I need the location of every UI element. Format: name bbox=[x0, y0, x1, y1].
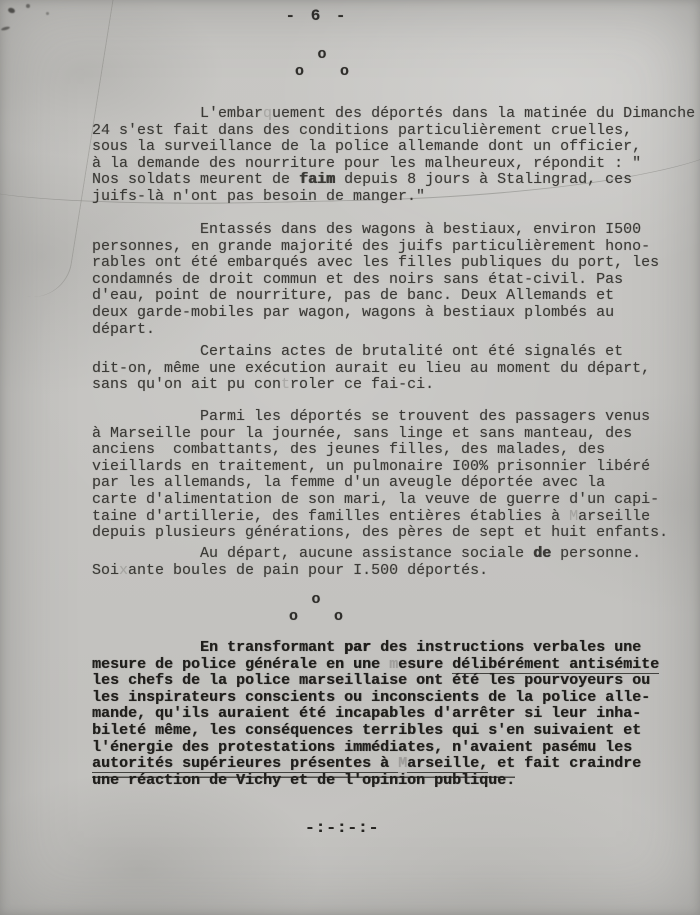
text-segment: dit-on, même une exécution aurait eu lie… bbox=[92, 360, 650, 377]
text-segment: taine d'artillerie, des familles entière… bbox=[92, 508, 569, 525]
text-segment: autorités supérieures présentes à bbox=[92, 755, 398, 773]
paragraph: Entassés dans des wagons à bestiaux, env… bbox=[92, 222, 688, 338]
text-line: carte d'alimentation de son mari, la veu… bbox=[92, 492, 688, 509]
text-segment: juifs-là n'ont pas besoin de manger." bbox=[92, 188, 425, 205]
scanned-document-page: - 6 - o o o L'embarquement des déportés … bbox=[0, 0, 700, 915]
text-segment: Entassés dans des wagons à bestiaux, env… bbox=[92, 221, 641, 238]
text-segment: faim bbox=[299, 171, 335, 188]
text-segment: arseille bbox=[578, 508, 650, 525]
text-segment: les inspirateurs conscients ou inconscie… bbox=[92, 689, 650, 706]
text-segment: m bbox=[389, 656, 398, 673]
text-segment: bileté même, les conséquences terribles … bbox=[92, 722, 641, 739]
text-line: En transformant par des instructions ver… bbox=[92, 640, 688, 657]
text-segment: à Marseille pour la journée, sans linge … bbox=[92, 425, 632, 442]
text-segment: depuis plusieurs générations, des pères … bbox=[92, 524, 668, 541]
text-line: l'énergie des protestations immédiates, … bbox=[92, 740, 688, 757]
text-segment: 24 s'est fait dans des conditions partic… bbox=[92, 122, 632, 139]
text-segment: Certains actes de brutalité ont été sign… bbox=[92, 343, 623, 360]
text-segment: L'embar bbox=[92, 105, 263, 122]
text-segment: esure bbox=[398, 656, 452, 673]
text-line: Au départ, aucune assistance sociale de … bbox=[92, 546, 688, 563]
text-segment: départ. bbox=[92, 321, 155, 338]
text-segment: de bbox=[533, 545, 551, 562]
text-line: sans qu'on ait pu controler ce fai-ci. bbox=[92, 377, 688, 394]
paragraph: L'embarquement des déportés dans la mati… bbox=[92, 106, 688, 206]
text-segment: rables ont été embarqués avec les filles… bbox=[92, 254, 659, 271]
separator-dot-row: o bbox=[18, 592, 614, 609]
text-segment: deux garde-mobiles par wagon, wagons à b… bbox=[92, 304, 614, 321]
text-line: départ. bbox=[92, 322, 688, 339]
end-of-page-mark: -:-:-:- bbox=[0, 819, 692, 837]
text-segment: délibérément antisémite bbox=[452, 656, 659, 674]
paragraph: En transformant par des instructions ver… bbox=[92, 640, 688, 789]
text-segment: une réaction de Vichy et de l'opinion pu… bbox=[92, 772, 515, 789]
text-segment: par bbox=[344, 639, 371, 656]
text-line: 24 s'est fait dans des conditions partic… bbox=[92, 123, 688, 140]
text-line: Parmi les déportés se trouvent des passa… bbox=[92, 409, 688, 426]
text-line: taine d'artillerie, des familles entière… bbox=[92, 509, 688, 526]
text-line: vieillards en traitement, un pulmonaire … bbox=[92, 459, 688, 476]
text-segment: carte d'alimentation de son mari, la veu… bbox=[92, 491, 659, 508]
text-line: bileté même, les conséquences terribles … bbox=[92, 723, 688, 740]
section-separator: o o o bbox=[0, 47, 672, 80]
text-segment: les chefs de la police marseillaise ont … bbox=[92, 672, 650, 689]
text-line: les inspirateurs conscients ou inconscie… bbox=[92, 690, 688, 707]
paragraph: Certains actes de brutalité ont été sign… bbox=[92, 344, 688, 394]
text-segment: mande, qu'ils auraient été incapables d'… bbox=[92, 705, 641, 722]
text-line: personnes, en grande majorité des juifs … bbox=[92, 239, 688, 256]
text-line: condamnés de droit commun et des noirs s… bbox=[92, 272, 688, 289]
text-segment: à la demande des nourriture pour les mal… bbox=[92, 155, 641, 172]
text-segment: par les allemands, la femme d'un aveugle… bbox=[92, 474, 605, 491]
text-segment: roler ce fai-ci. bbox=[290, 376, 434, 393]
paragraph: Parmi les déportés se trouvent des passa… bbox=[92, 409, 688, 542]
paragraph: Au départ, aucune assistance sociale de … bbox=[92, 546, 688, 579]
text-line: les chefs de la police marseillaise ont … bbox=[92, 673, 688, 690]
text-segment: t bbox=[281, 376, 290, 393]
text-segment: personnes, en grande majorité des juifs … bbox=[92, 238, 650, 255]
text-segment: d'eau, point de nourriture, pas de banc.… bbox=[92, 287, 614, 304]
separator-dot-row: o bbox=[0, 47, 672, 64]
section-separator: oo o bbox=[18, 592, 614, 625]
text-line: autorités supérieures présentes à Marsei… bbox=[92, 756, 688, 773]
text-segment: x bbox=[119, 562, 128, 579]
text-segment: Nos soldats meurent de bbox=[92, 171, 299, 188]
text-segment: depuis 8 jours à Stalingrad, ces bbox=[335, 171, 632, 188]
text-segment: Parmi les déportés se trouvent des passa… bbox=[92, 408, 650, 425]
ink-smudge bbox=[1, 26, 10, 31]
text-line: une réaction de Vichy et de l'opinion pu… bbox=[92, 773, 688, 790]
text-line: deux garde-mobiles par wagon, wagons à b… bbox=[92, 305, 688, 322]
text-segment: sous la surveillance de la police allema… bbox=[92, 138, 641, 155]
text-segment: condamnés de droit commun et des noirs s… bbox=[92, 271, 623, 288]
text-line: juifs-là n'ont pas besoin de manger." bbox=[92, 189, 688, 206]
text-line: par les allemands, la femme d'un aveugle… bbox=[92, 475, 688, 492]
text-segment: ante boules de pain pour I.500 déportés. bbox=[128, 562, 488, 579]
text-segment: M bbox=[569, 508, 578, 525]
separator-dot-row: o o bbox=[0, 64, 672, 81]
text-line: sous la surveillance de la police allema… bbox=[92, 139, 688, 156]
text-segment: Soi bbox=[92, 562, 119, 579]
text-line: Entassés dans des wagons à bestiaux, env… bbox=[92, 222, 688, 239]
text-segment: l'énergie des protestations immédiates, … bbox=[92, 739, 632, 756]
text-segment: et fait craindre bbox=[488, 755, 641, 772]
text-line: mande, qu'ils auraient été incapables d'… bbox=[92, 706, 688, 723]
text-segment: M bbox=[398, 755, 407, 773]
text-segment: arseille, bbox=[407, 755, 488, 773]
separator-dot-row: o o bbox=[18, 609, 614, 626]
text-segment: q bbox=[263, 105, 272, 122]
text-line: Nos soldats meurent de faim depuis 8 jou… bbox=[92, 172, 688, 189]
text-line: Soixante boules de pain pour I.500 dépor… bbox=[92, 563, 688, 580]
text-line: L'embarquement des déportés dans la mati… bbox=[92, 106, 688, 123]
page-number: - 6 - bbox=[0, 7, 667, 25]
text-segment: des instructions verbales une bbox=[371, 639, 641, 656]
typewritten-text-body: L'embarquement des déportés dans la mati… bbox=[92, 106, 688, 806]
text-segment: Au départ, aucune assistance sociale bbox=[92, 545, 533, 562]
text-segment: mesure de police générale en une bbox=[92, 656, 389, 673]
text-segment: vieillards en traitement, un pulmonaire … bbox=[92, 458, 650, 475]
text-line: dit-on, même une exécution aurait eu lie… bbox=[92, 361, 688, 378]
text-segment: En transformant bbox=[92, 639, 344, 656]
text-line: anciens combattants, des jeunes filles, … bbox=[92, 442, 688, 459]
text-line: Certains actes de brutalité ont été sign… bbox=[92, 344, 688, 361]
text-segment: personne. bbox=[551, 545, 641, 562]
text-segment: sans qu'on ait pu con bbox=[92, 376, 281, 393]
text-segment: uement des déportés dans la matinée du D… bbox=[272, 105, 695, 122]
text-line: mesure de police générale en une mesure … bbox=[92, 657, 688, 674]
text-line: d'eau, point de nourriture, pas de banc.… bbox=[92, 288, 688, 305]
text-line: rables ont été embarqués avec les filles… bbox=[92, 255, 688, 272]
text-line: à Marseille pour la journée, sans linge … bbox=[92, 426, 688, 443]
text-segment: anciens combattants, des jeunes filles, … bbox=[92, 441, 605, 458]
text-line: depuis plusieurs générations, des pères … bbox=[92, 525, 688, 542]
text-line: à la demande des nourriture pour les mal… bbox=[92, 156, 688, 173]
